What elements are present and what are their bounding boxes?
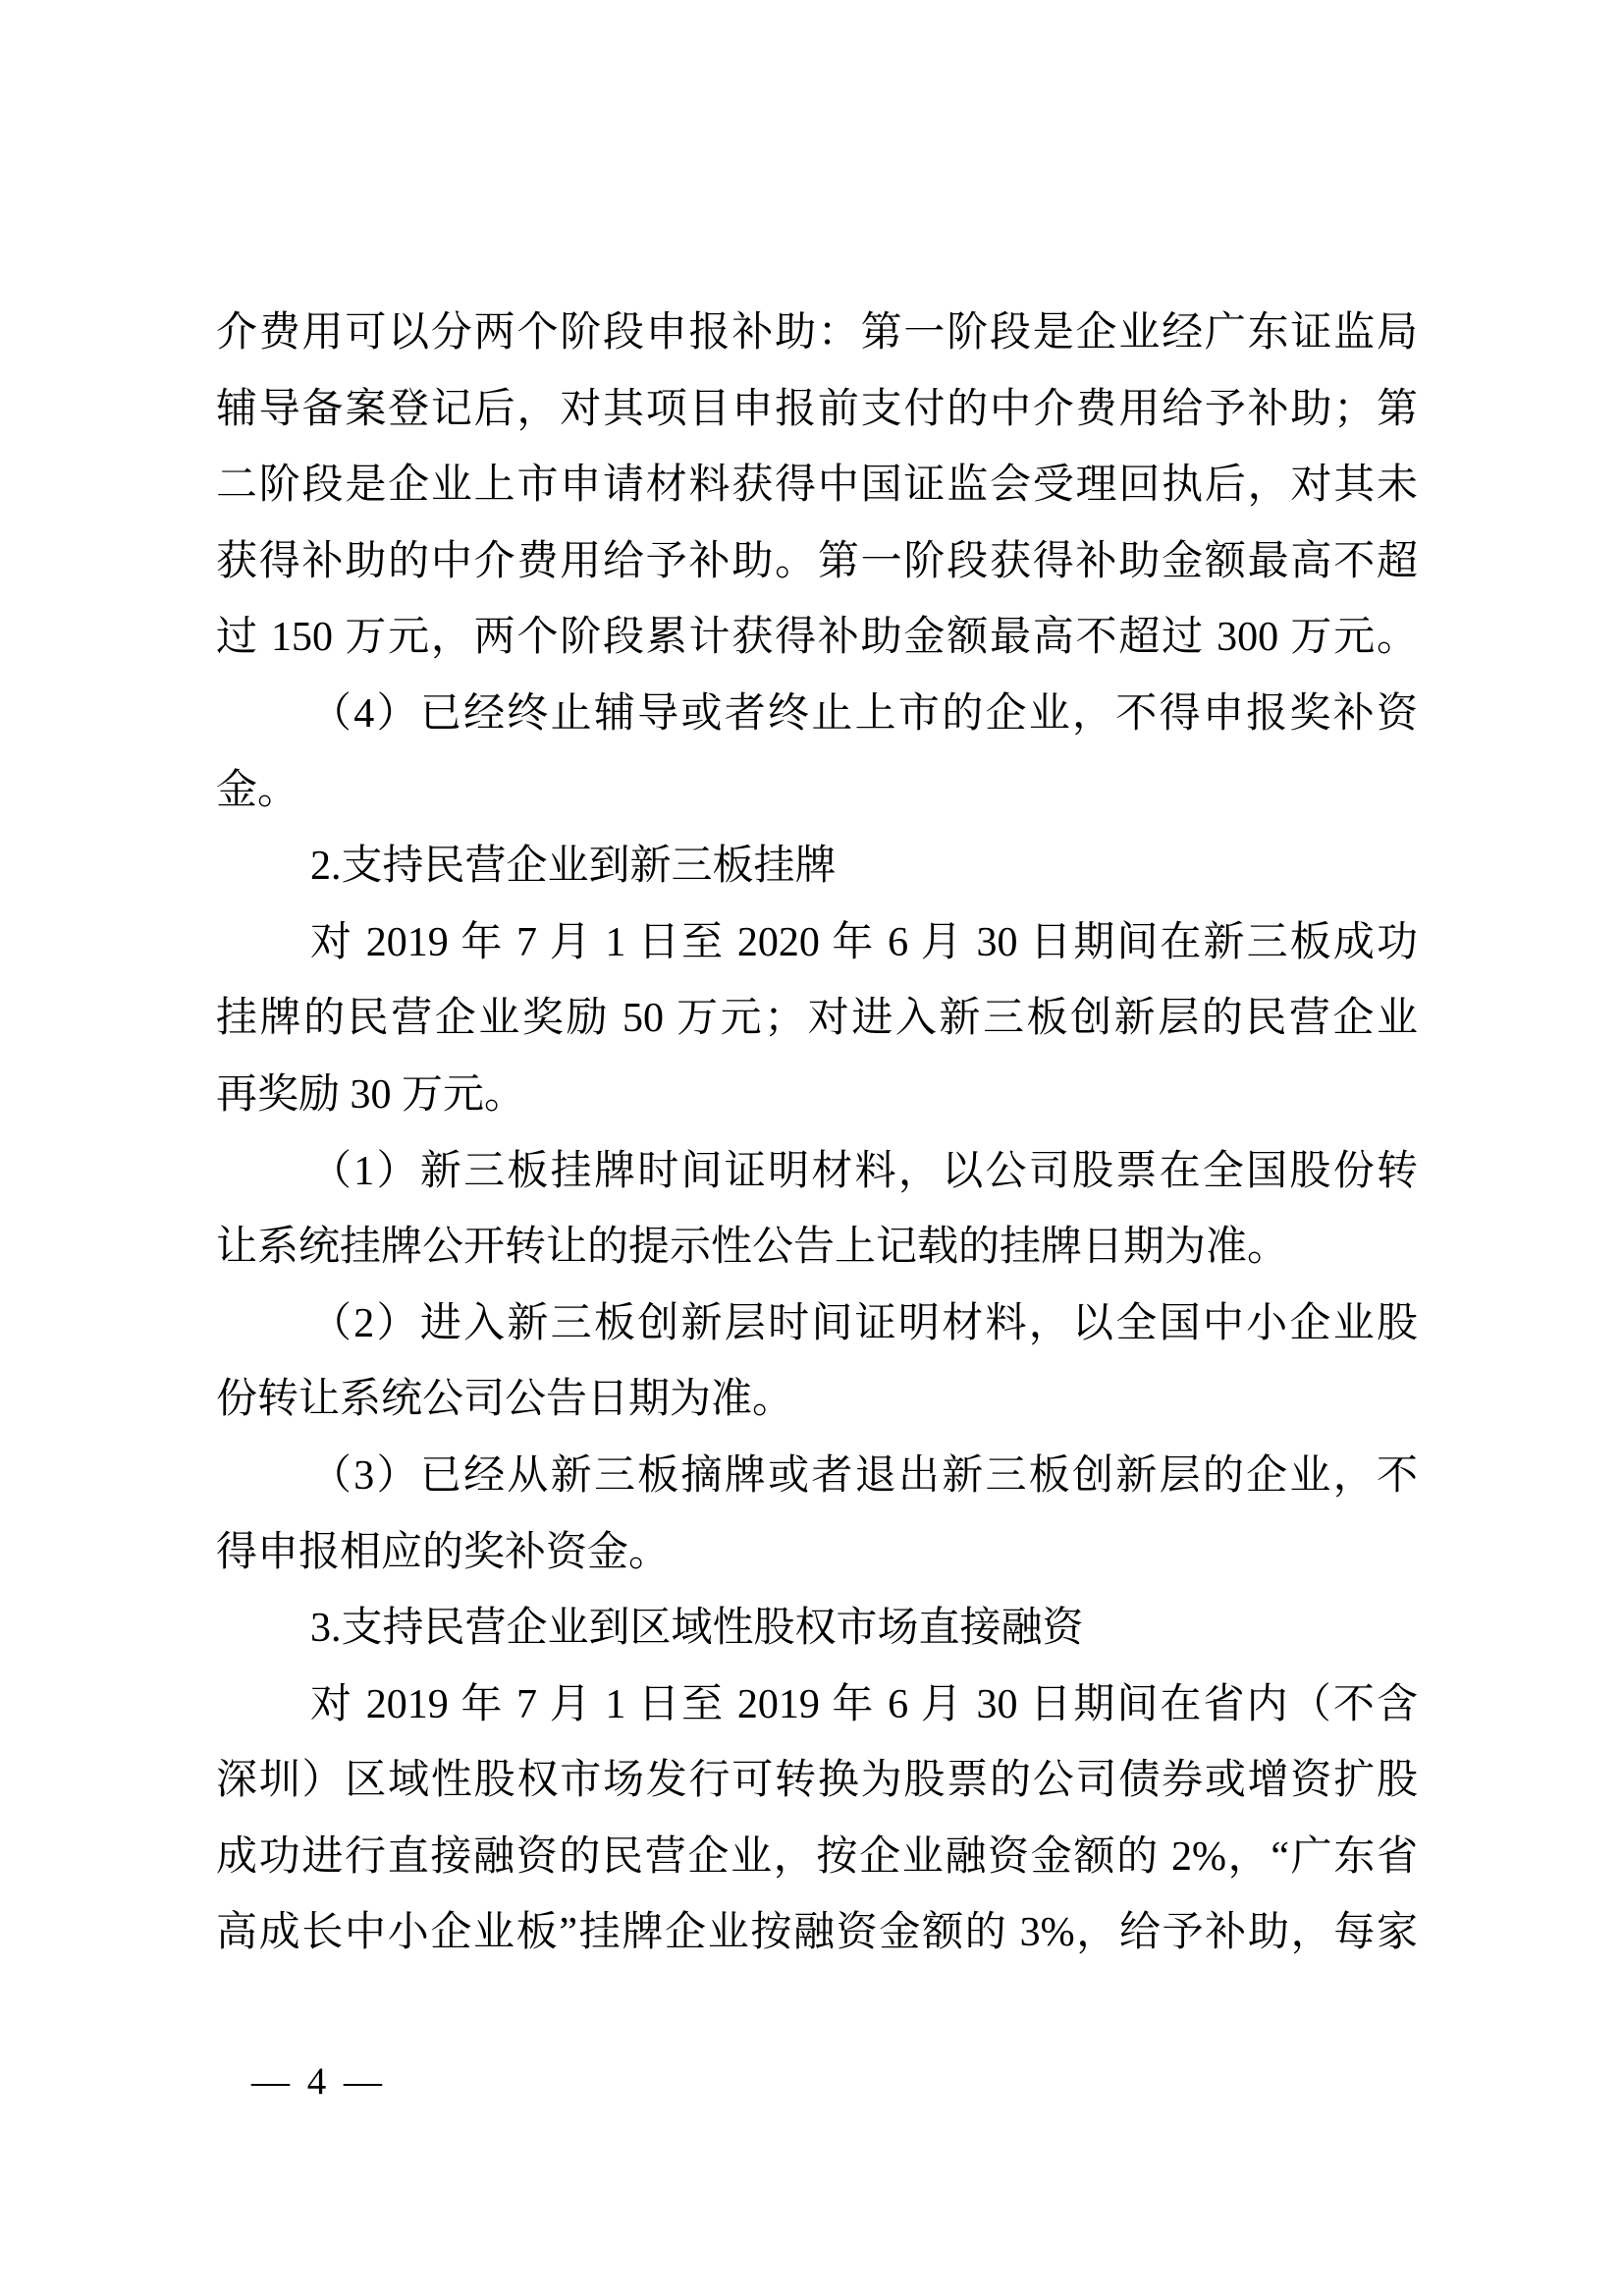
text-line: 深圳）区域性股权市场发行可转换为股票的公司债券或增资扩股 — [216, 1743, 1418, 1820]
text-line: 辅导备案登记后，对其项目申报前支付的中介费用给予补助；第 — [216, 372, 1418, 449]
text-line section-heading: 2.支持民营企业到新三板挂牌 — [216, 829, 1418, 905]
text-line: 金。 — [216, 753, 1418, 830]
page-body-text: 介费用可以分两个阶段申报补助：第一阶段是企业经广东证监局 辅导备案登记后，对其项… — [216, 296, 1418, 1972]
text-line: （4）已经终止辅导或者终止上市的企业，不得申报奖补资 — [216, 677, 1418, 753]
text-line: （2）进入新三板创新层时间证明材料，以全国中小企业股 — [216, 1286, 1418, 1363]
text-line: 份转让系统公司公告日期为准。 — [216, 1362, 1418, 1439]
text-line: 对 2019 年 7 月 1 日至 2020 年 6 月 30 日期间在新三板成… — [216, 905, 1418, 982]
text-line: 得申报相应的奖补资金。 — [216, 1515, 1418, 1592]
text-line: 介费用可以分两个阶段申报补助：第一阶段是企业经广东证监局 — [216, 296, 1418, 372]
text-line: 让系统挂牌公开转让的提示性公告上记载的挂牌日期为准。 — [216, 1210, 1418, 1286]
text-line: 高成长中小企业板”挂牌企业按融资金额的 3%，给予补助，每家 — [216, 1895, 1418, 1972]
text-line: （3）已经从新三板摘牌或者退出新三板创新层的企业，不 — [216, 1439, 1418, 1515]
text-line: 二阶段是企业上市申请材料获得中国证监会受理回执后，对其未 — [216, 448, 1418, 524]
text-line: （1）新三板挂牌时间证明材料，以公司股票在全国股份转 — [216, 1134, 1418, 1211]
document-page: 介费用可以分两个阶段申报补助：第一阶段是企业经广东证监局 辅导备案登记后，对其项… — [0, 0, 1623, 2296]
text-line: 挂牌的民营企业奖励 50 万元；对进入新三板创新层的民营企业 — [216, 981, 1418, 1058]
text-line section-heading: 3.支持民营企业到区域性股权市场直接融资 — [216, 1591, 1418, 1667]
text-line: 成功进行直接融资的民营企业，按企业融资金额的 2%，“广东省 — [216, 1820, 1418, 1896]
text-line: 对 2019 年 7 月 1 日至 2019 年 6 月 30 日期间在省内（不… — [216, 1667, 1418, 1744]
text-line: 再奖励 30 万元。 — [216, 1058, 1418, 1134]
text-line: 过 150 万元，两个阶段累计获得补助金额最高不超过 300 万元。 — [216, 600, 1418, 677]
text-line: 获得补助的中介费用给予补助。第一阶段获得补助金额最高不超 — [216, 524, 1418, 601]
page-number: — 4 — — [251, 2060, 386, 2104]
